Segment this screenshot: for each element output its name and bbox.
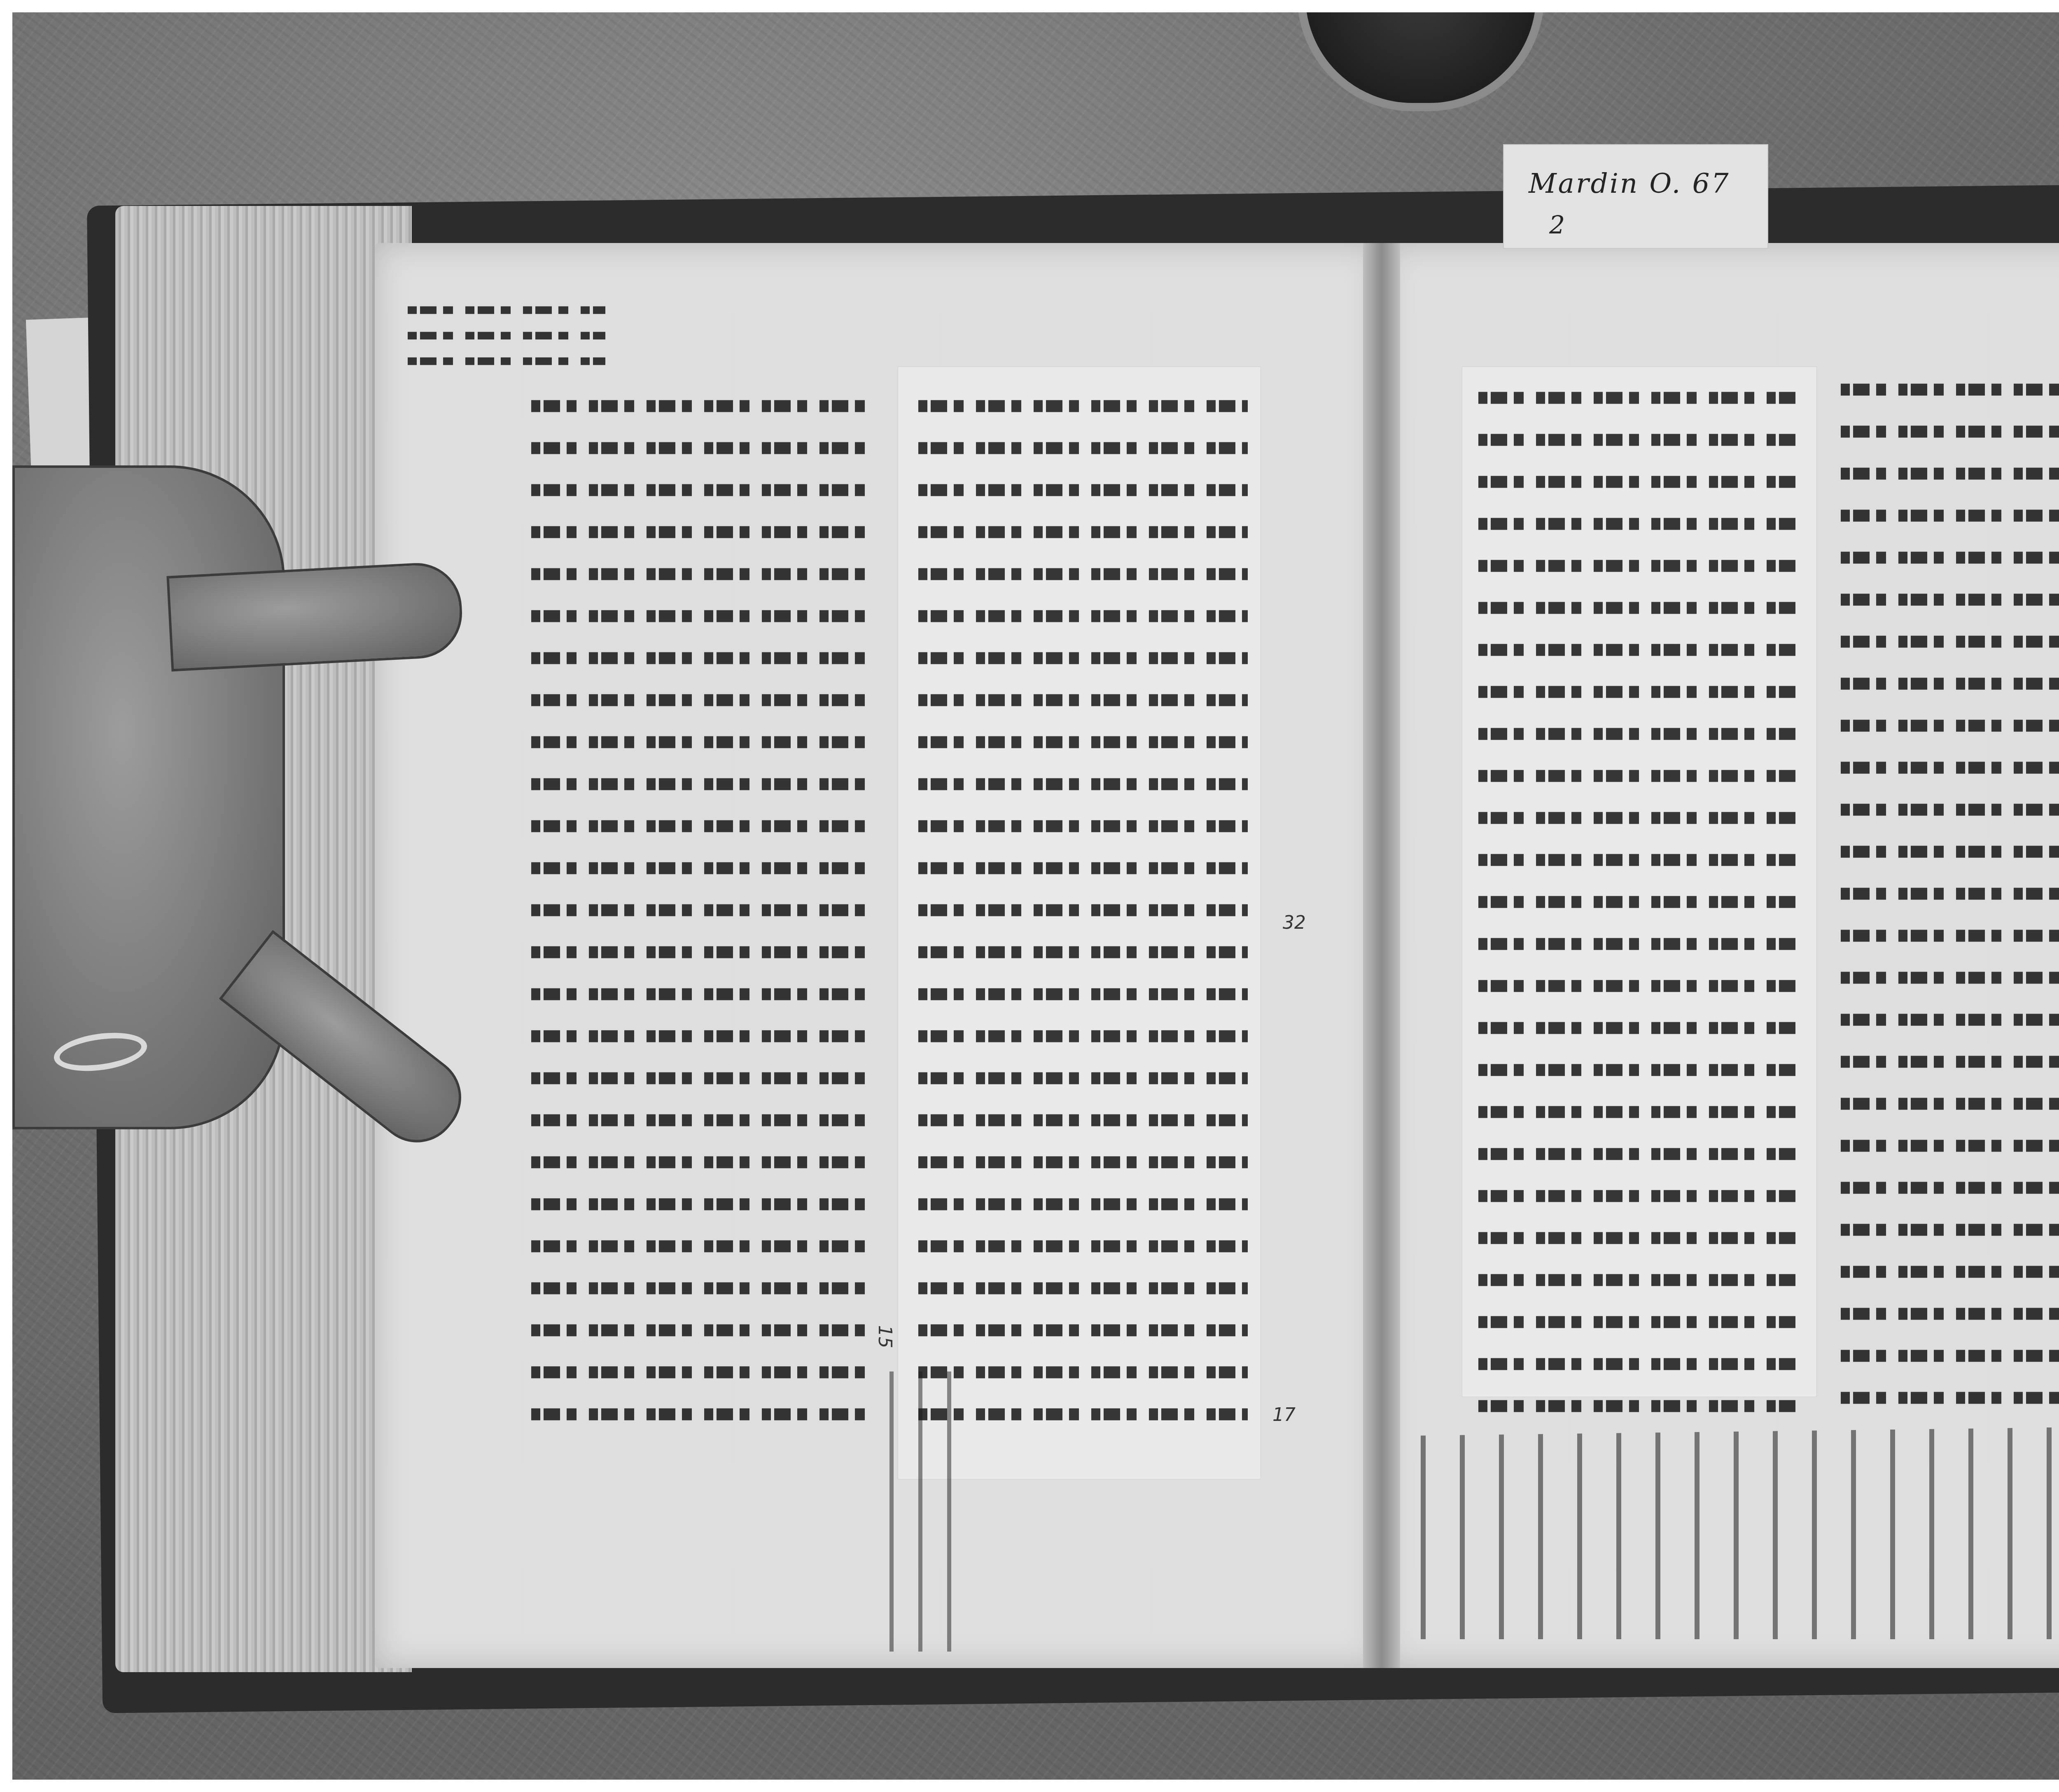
margin-number: 32 <box>1283 912 1306 933</box>
margin-number: 15 <box>874 1325 895 1348</box>
book-gutter <box>1363 243 1400 1668</box>
bottom-margin-annotations <box>1408 1425 2059 1639</box>
margin-number: 17 <box>1272 1404 1296 1425</box>
right-page-column-1 <box>1478 383 1800 1413</box>
left-page-column-2 <box>918 391 1248 1446</box>
left-page-column-1 <box>531 391 869 1446</box>
shelfmark-volume: 2 <box>1549 211 1565 240</box>
shelfmark-label: Mardin O. 67 2 <box>1503 144 1768 249</box>
right-page-column-2 <box>1841 375 2059 1437</box>
shelfmark-text: Mardin O. 67 <box>1529 168 1730 199</box>
manuscript-photograph: Mardin O. 67 2 32 15 17 <box>12 12 2059 1780</box>
left-hand <box>12 465 285 1129</box>
left-margin-annotations <box>881 1371 964 1652</box>
header-note <box>408 301 605 383</box>
left-thumb <box>166 561 464 672</box>
